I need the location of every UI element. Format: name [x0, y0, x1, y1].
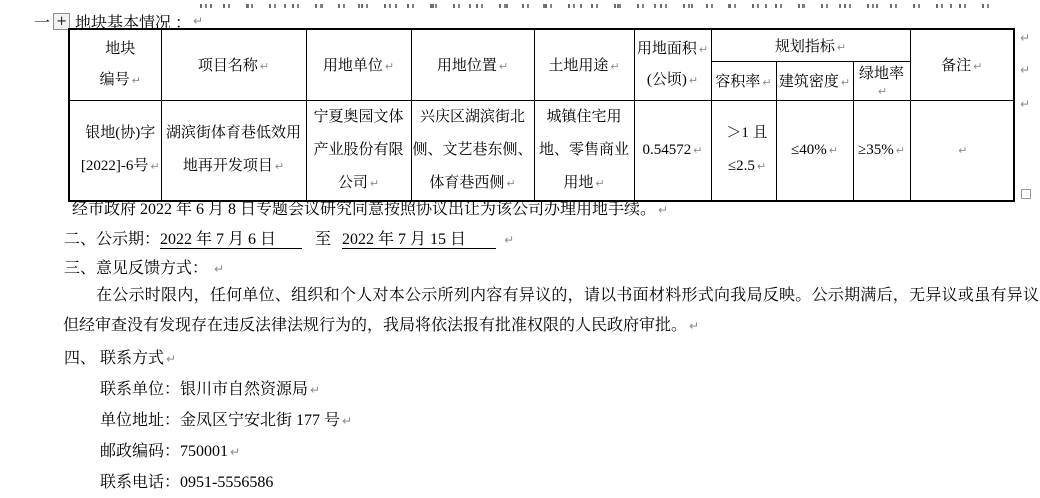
- paragraph-mark: ↵: [841, 76, 850, 89]
- cell-land-user: 宁夏奥园文体 产业股份有限 公司↵: [306, 100, 411, 201]
- paragraph-mark: ↵: [610, 60, 619, 73]
- cell-location: 兴庆区湖滨街北 侧、文艺巷东侧、 体育巷西侧↵: [411, 100, 534, 201]
- publicity-date-to: 2022 年 7 月 15 日: [342, 231, 496, 249]
- header-density: 建筑密度↵: [776, 61, 853, 100]
- paragraph-mark: ↵: [132, 74, 141, 87]
- header-location: 用地位置↵: [411, 29, 534, 100]
- paragraph-mark: ↵: [260, 60, 269, 73]
- paragraph-mark: ↵: [385, 60, 394, 73]
- paragraph-mark: ↵: [757, 160, 766, 173]
- header-land-user: 用地单位↵: [306, 29, 411, 100]
- paragraph-mark: ↵: [973, 60, 982, 73]
- cell-green: ≥35%↵: [853, 100, 910, 201]
- header-project-name: 项目名称↵: [161, 29, 306, 100]
- paragraph-mark: ↵: [166, 352, 176, 366]
- paragraph-mark: ↵: [595, 177, 604, 190]
- header-land-use: 土地用途↵: [534, 29, 634, 100]
- cell-parcel-no: 银地(协)字 [2022]-6号↵: [69, 100, 161, 201]
- paragraph-mark: ↵: [896, 144, 905, 157]
- paragraph-mark: ↵: [499, 60, 508, 73]
- header-remark: 备注↵: [910, 29, 1014, 100]
- publicity-period-line: 二、公示期：2022 年 7 月 6 日至2022 年 7 月 15 日↵: [64, 226, 514, 249]
- paragraph-mark: ↵: [506, 177, 515, 190]
- paragraph-mark: ↵: [689, 74, 698, 87]
- paragraph-mark: ↵: [699, 43, 708, 56]
- paragraph-mark: ↵: [693, 144, 702, 157]
- paragraph-mark: ↵: [958, 144, 967, 157]
- row-end-mark: ↵: [1020, 64, 1030, 76]
- publicity-label: 二、公示期：: [64, 231, 160, 248]
- approval-note: 经市政府 2022 年 6 月 8 日专题会议研究同意按照协议出让为该公司办理用…: [72, 196, 668, 219]
- contact-address: 单位地址：金凤区宁安北街 177 号↵: [100, 407, 352, 430]
- paragraph-mark: ↵: [214, 262, 224, 276]
- paragraph-mark: ↵: [275, 160, 284, 173]
- cell-area: 0.54572↵: [634, 100, 711, 201]
- header-far: 容积率↵: [711, 61, 776, 100]
- contact-heading: 四、 联系方式↵: [64, 345, 176, 368]
- paragraph-mark: ↵: [829, 144, 838, 157]
- row-end-mark: ↵: [1020, 32, 1030, 44]
- contact-unit: 联系单位：银川市自然资源局↵: [100, 376, 320, 399]
- header-planning-indicators: 规划指标↵: [711, 29, 910, 61]
- header-green: 绿地率↵: [853, 61, 910, 100]
- paragraph-mark: ↵: [878, 85, 887, 98]
- row-end-mark: ↵: [1020, 98, 1030, 110]
- paragraph-mark: ↵: [689, 319, 699, 333]
- table-move-handle-icon[interactable]: +: [53, 13, 70, 30]
- section1-number: 一: [34, 10, 51, 33]
- publicity-connector: 至: [315, 231, 331, 248]
- header-parcel-no: 地块 编号↵: [69, 29, 161, 100]
- paragraph-mark: ↵: [370, 177, 379, 190]
- paragraph-mark: ↵: [230, 445, 240, 459]
- table-resize-handle[interactable]: [1021, 189, 1031, 199]
- feedback-body: 在公示时限内，任何单位、组织和个人对本公示所列内容有异议的，请以书面材料形式向我…: [63, 281, 1039, 341]
- clipped-title-fragments: [200, 4, 992, 8]
- cell-project-name: 湖滨街体育巷低效用 地再开发项目↵: [161, 100, 306, 201]
- paragraph-mark: ↵: [837, 41, 846, 54]
- paragraph-mark: ↵: [193, 15, 203, 27]
- cell-density: ≤40%↵: [776, 100, 853, 201]
- paragraph-mark: ↵: [310, 383, 320, 397]
- contact-phone: 联系电话：0951-5556586: [100, 469, 273, 492]
- paragraph-mark: ↵: [658, 203, 668, 217]
- paragraph-mark: ↵: [762, 76, 771, 89]
- cell-far: ＞1 且 ≤2.5↵: [711, 100, 776, 201]
- paragraph-mark: ↵: [150, 160, 159, 173]
- feedback-heading: 三、意见反馈方式：↵: [64, 255, 224, 278]
- postal-code: 邮政编码：750001↵: [100, 438, 240, 461]
- cell-remark: ↵: [910, 100, 1014, 201]
- land-parcel-table: 地块 编号↵ 项目名称↵ 用地单位↵ 用地位置↵ 土地用途↵ 用地面积↵ (公顷…: [68, 28, 1015, 202]
- header-area: 用地面积↵ (公顷)↵: [634, 29, 711, 100]
- publicity-date-from: 2022 年 7 月 6 日: [160, 231, 302, 249]
- paragraph-mark: ↵: [342, 414, 352, 428]
- cell-land-use: 城镇住宅用 地、零售商业 用地↵: [534, 100, 634, 201]
- paragraph-mark: ↵: [504, 233, 514, 247]
